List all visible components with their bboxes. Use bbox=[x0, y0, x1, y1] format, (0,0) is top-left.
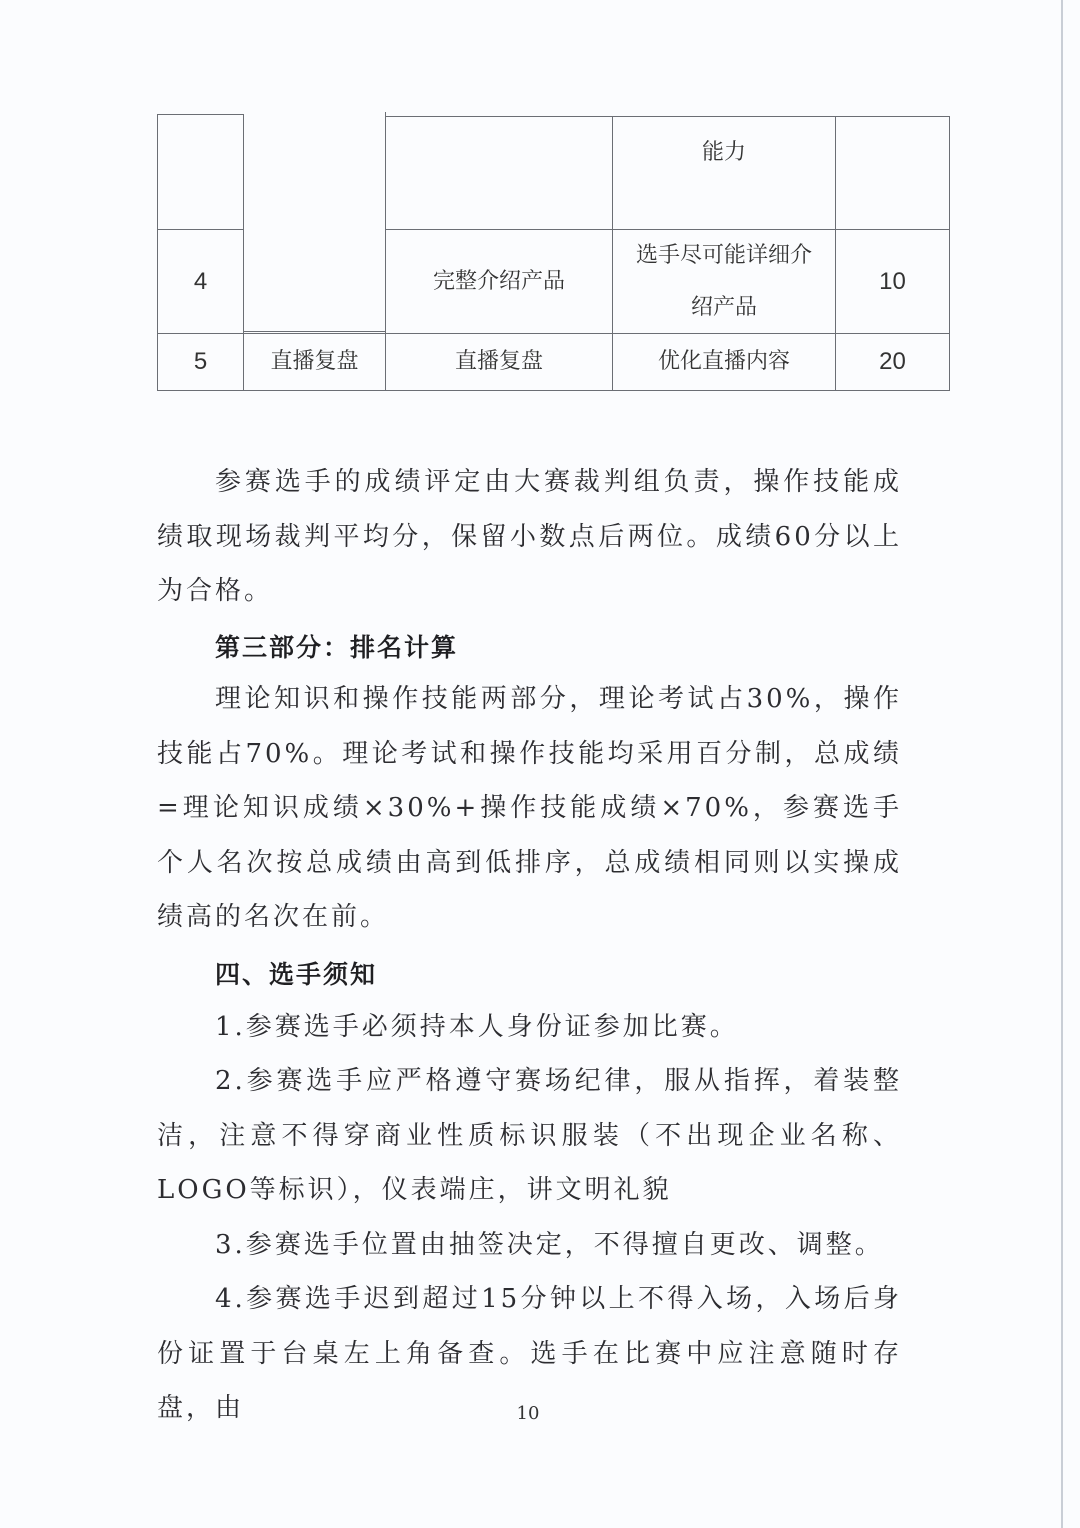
scan-edge-line bbox=[1061, 0, 1063, 1528]
notice-item-1: 1.参赛选手必须持本人身份证参加比赛。 bbox=[157, 1000, 902, 1055]
table-cell-no bbox=[157, 114, 244, 230]
table-cell-no: 5 bbox=[157, 333, 244, 391]
table-cell-item: 直播复盘 bbox=[385, 333, 613, 391]
notice-item-2: 2.参赛选手应严格遵守赛场纪律，服从指挥，着装整洁，注意不得穿商业性质标识服装（… bbox=[157, 1054, 902, 1218]
table-cell-no: 4 bbox=[157, 229, 244, 334]
table-content-text: 能力 bbox=[702, 127, 746, 179]
table-cell-score: 10 bbox=[835, 229, 950, 334]
table-cell-content: 能力 bbox=[612, 116, 836, 230]
notice-item-3: 3.参赛选手位置由抽签决定，不得擅自更改、调整。 bbox=[157, 1218, 902, 1273]
table-cell-score: 20 bbox=[835, 333, 950, 391]
table-cell-content: 选手尽可能详细介 绍产品 bbox=[612, 229, 836, 334]
table-cell-category: 直播复盘 bbox=[243, 333, 386, 391]
table-cell-item bbox=[385, 116, 613, 230]
table-cell-score bbox=[835, 116, 950, 230]
table-cell-item: 完整介绍产品 bbox=[385, 229, 613, 334]
table-cell-content: 优化直播内容 bbox=[612, 333, 836, 391]
ranking-paragraph: 理论知识和操作技能两部分，理论考试占30%，操作技能占70%。理论考试和操作技能… bbox=[157, 672, 902, 945]
page-number: 10 bbox=[0, 1403, 1056, 1424]
part3-heading: 第三部分：排名计算 bbox=[215, 628, 458, 664]
scoring-table: 能力 4 完整介绍产品 选手尽可能详细介 绍产品 10 5 直播复盘 直播复盘 … bbox=[157, 114, 950, 391]
scoring-paragraph: 参赛选手的成绩评定由大赛裁判组负责，操作技能成绩取现场裁判平均分，保留小数点后两… bbox=[157, 455, 902, 619]
section4-heading: 四、选手须知 bbox=[215, 955, 377, 991]
table-cell-category-merged bbox=[243, 112, 386, 332]
